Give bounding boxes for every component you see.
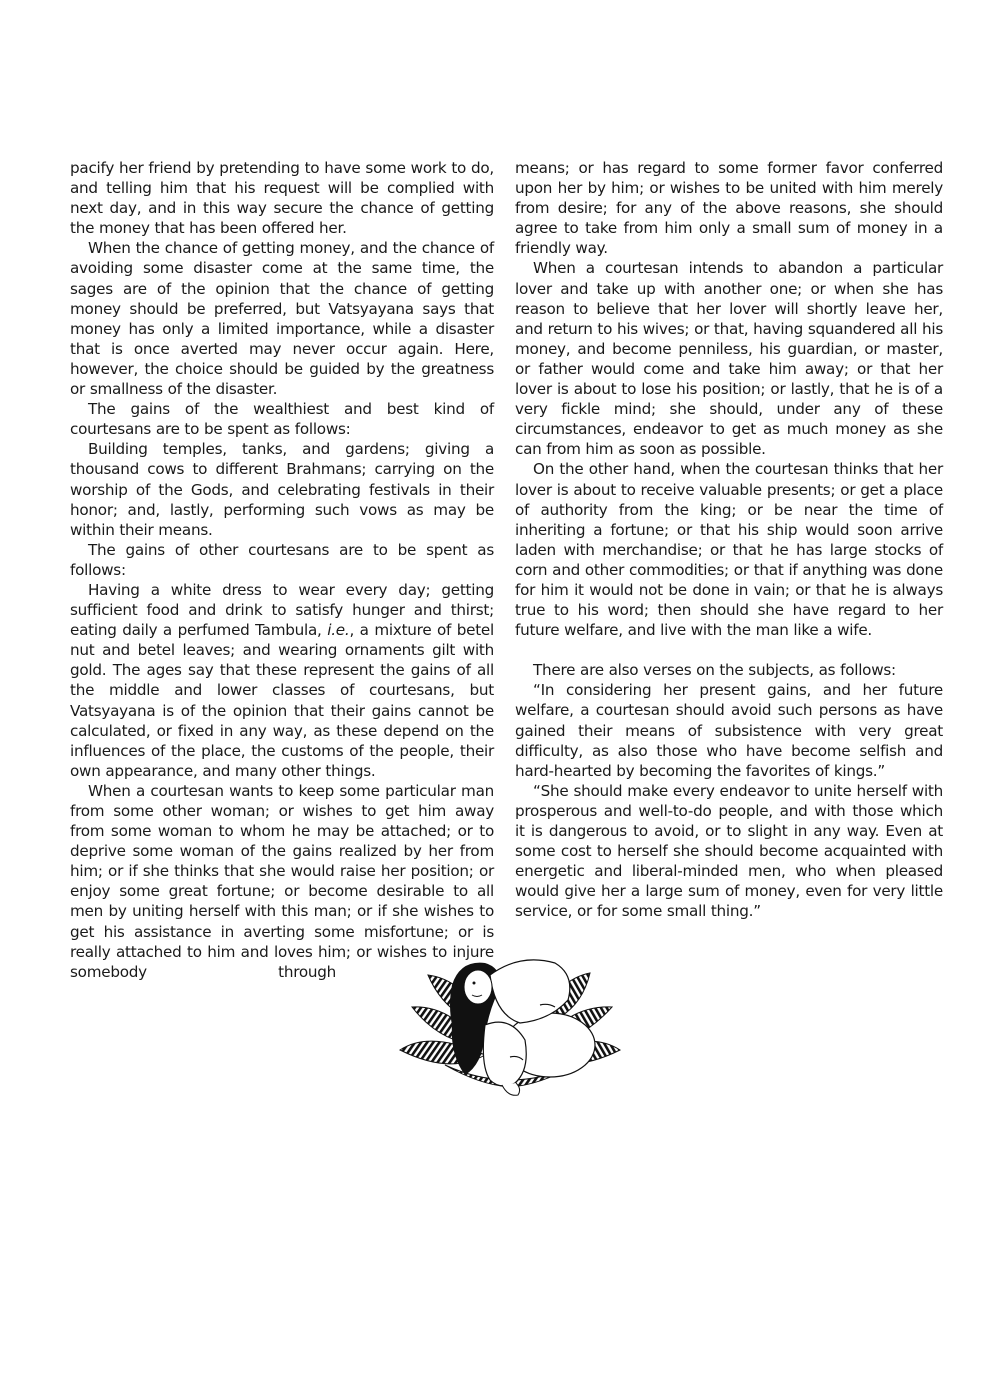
paragraph: The gains of the wealthiest and best kin… xyxy=(70,399,494,439)
paragraph: Having a white dress to wear every day; … xyxy=(70,580,494,781)
document-page: pacify her friend by pretending to have … xyxy=(0,0,1000,1385)
paragraph: On the other hand, when the courtesan th… xyxy=(515,459,943,640)
paragraph: When a courtesan intends to abandon a pa… xyxy=(515,258,943,459)
paragraph-text: , a mixture of betel nut and betel leave… xyxy=(70,621,494,780)
paragraph: When the chance of getting money, and th… xyxy=(70,238,494,399)
paragraph: The gains of other courtesans are to be … xyxy=(70,540,494,580)
italic-abbreviation: i.e. xyxy=(327,621,349,639)
verse-quote: “In considering her present gains, and h… xyxy=(515,680,943,780)
paragraph: means; or has regard to some former favo… xyxy=(515,158,943,258)
verse-quote: “She should make every endeavor to unite… xyxy=(515,781,943,922)
verses-intro: There are also verses on the subjects, a… xyxy=(515,660,943,680)
lotus-figure-illustration-icon xyxy=(390,945,630,1100)
paragraph: pacify her friend by pretending to have … xyxy=(70,158,494,238)
left-column: pacify her friend by pretending to have … xyxy=(70,158,494,982)
right-column: means; or has regard to some former favo… xyxy=(515,158,943,921)
paragraph: Building temples, tanks, and gardens; gi… xyxy=(70,439,494,539)
